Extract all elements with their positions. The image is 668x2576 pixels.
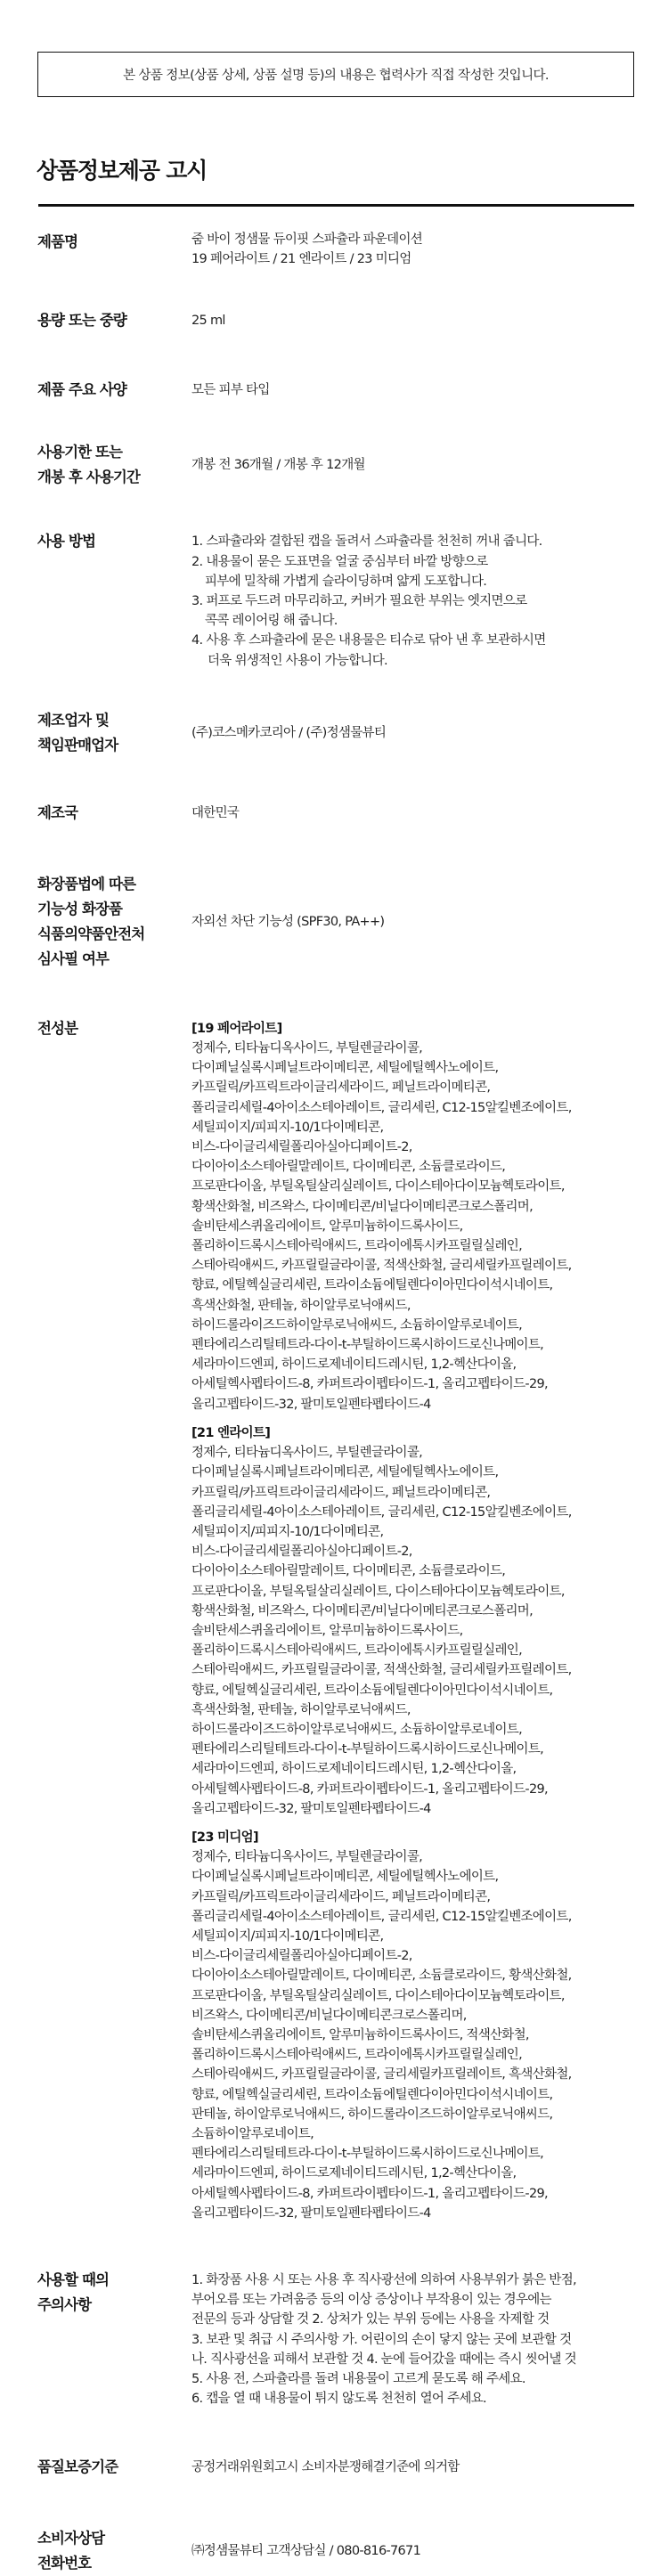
row-value: (주)코스메카코리아 / (주)정샘물뷰티 <box>191 723 634 743</box>
ingredient-line: 스테아릭애씨드, 카프릴릴글라이콜, 적색산화철, 글리세릴카프릴레이트, <box>191 1256 634 1276</box>
ingredient-line: 프로판다이올, 부틸옥틸살리실레이트, 다이스테아다이모늄헥토라이트, <box>191 1582 634 1602</box>
caution-line: 전문의 등과 상담할 것 2. 상처가 있는 부위 등에는 사용을 자제할 것 <box>191 2310 634 2329</box>
ingredient-line: 세라마이드엔피, 하이드로제네이티드레시틴, 1,2-헥산다이올, <box>191 2164 634 2183</box>
row-expiry: 사용기한 또는 개봉 후 사용기간 개봉 전 36개월 / 개봉 후 12개월 <box>37 440 634 490</box>
ingredient-line: 다이아이소스테아릴말레이트, 다이메티콘, 소듐클로라이드, <box>191 1561 634 1581</box>
ingredient-line: 폴리글리세릴-4아이소스테아레이트, 글리세린, C12-15알킬벤조에이트, <box>191 1503 634 1522</box>
ingredient-line: 정제수, 티타늄디옥사이드, 부틸렌글라이콜, <box>191 1847 634 1867</box>
usage-step: 4. 사용 후 스파츌라에 묻은 내용물은 티슈로 닦아 낸 후 보관하시면 <box>191 631 634 650</box>
row-label: 제조업자 및 책임판매업자 <box>37 708 191 758</box>
ingredient-line: 세라마이드엔피, 하이드로제네이티드레시틴, 1,2-헥산다이올, <box>191 1759 634 1779</box>
ingredient-line: 올리고펩타이드-32, 팔미토일펜타펩타이드-4 <box>191 1799 634 1819</box>
partner-notice-text: 본 상품 정보(상품 상세, 상품 설명 등)의 내용은 협력사가 직접 작성한… <box>123 65 549 84</box>
ingredient-line: 소듐하이알루로네이트, <box>191 2124 634 2144</box>
ingredient-line: 스테아릭애씨드, 카프릴릴글라이콜, 글리세릴카프릴레이트, 흑색산화철, <box>191 2065 634 2084</box>
ingredient-line: 세틸피이지/피피지-10/1다이메티콘, <box>191 1118 634 1137</box>
caution-line: 5. 사용 전, 스파츌라를 돌려 내용물이 고르게 묻도록 해 주세요. <box>191 2369 634 2389</box>
ingredient-line: 정제수, 티타늄디옥사이드, 부틸렌글라이콜, <box>191 1443 634 1463</box>
row-value: ㈜정샘물뷰티 고객상담실 / 080-816-7671 <box>191 2541 634 2561</box>
page-title: 상품정보제공 고시 <box>37 153 207 185</box>
shade-heading: [23 미디엄] <box>191 1828 634 1847</box>
usage-step-cont: 피부에 밀착해 가볍게 슬라이딩하며 얇게 도포합니다. <box>191 572 634 591</box>
row-label: 제품명 <box>37 230 191 255</box>
row-usage: 사용 방법 1. 스파츌라와 결합된 캡을 돌려서 스파츌라를 천천히 꺼내 줍… <box>37 529 634 670</box>
ingredients-shade-23: [23 미디엄]정제수, 티타늄디옥사이드, 부틸렌글라이콜,다이페닐실록시페닐… <box>191 1828 634 2223</box>
product-name-line: 줌 바이 정샘물 듀이핏 스파츌라 파운데이션 <box>191 230 634 249</box>
ingredient-line: 향료, 에틸헥실글리세린, 트라이소듐에틸렌다이아민다이석시네이트, <box>191 2085 634 2105</box>
ingredients-shade-21: [21 엔라이트]정제수, 티타늄디옥사이드, 부틸렌글라이콜,다이페닐실록시페… <box>191 1423 634 1819</box>
ingredient-line: 프로판다이올, 부틸옥틸살리실레이트, 다이스테아다이모늄헥토라이트, <box>191 1177 634 1196</box>
ingredient-line: 올리고펩타이드-32, 팔미토일펜타펩타이드-4 <box>191 1395 634 1414</box>
row-value: 대한민국 <box>191 801 634 826</box>
ingredient-line: 올리고펩타이드-32, 팔미토일펜타펩타이드-4 <box>191 2204 634 2223</box>
ingredient-line: 비스-다이글리세릴폴리아실아디페이트-2, <box>191 1946 634 1966</box>
customer-phone: ㈜정샘물뷰티 고객상담실 / 080-816-7671 <box>191 2541 634 2561</box>
ingredient-line: 폴리하이드록시스테아릭애씨드, 트라이에톡시카프릴릴실레인, <box>191 1236 634 1256</box>
ingredient-line: 세라마이드엔피, 하이드로제네이티드레시틴, 1,2-헥산다이올, <box>191 1355 634 1374</box>
product-shades-line: 19 페어라이트 / 21 엔라이트 / 23 미디엄 <box>191 249 634 269</box>
ingredient-line: 카프릴릭/카프릭트라이글리세라이드, 페닐트라이메티콘, <box>191 1483 634 1503</box>
ingredient-line: 카프릴릭/카프릭트라이글리세라이드, 페닐트라이메티콘, <box>191 1887 634 1907</box>
ingredient-line: 흑색산화철, 판테놀, 하이알루로닉애씨드, <box>191 1700 634 1720</box>
row-value: 개봉 전 36개월 / 개봉 후 12개월 <box>191 455 634 475</box>
ingredient-line: 향료, 에틸헥실글리세린, 트라이소듐에틸렌다이아민다이석시네이트, <box>191 1276 634 1295</box>
ingredient-line: 폴리글리세릴-4아이소스테아레이트, 글리세린, C12-15알킬벤조에이트, <box>191 1907 634 1927</box>
row-volume: 용량 또는 중량 25 ml <box>37 308 634 333</box>
caution-line: 3. 보관 및 취급 시 주의사항 가. 어린이의 손이 닿지 않는 곳에 보관… <box>191 2330 634 2350</box>
ingredient-line: 다이아이소스테아릴말레이트, 다이메티콘, 소듐클로라이드, <box>191 1157 634 1177</box>
usage-step-cont: 콕콕 레이어링 해 줍니다. <box>191 611 634 631</box>
usage-step: 2. 내용물이 묻은 도표면을 얼굴 중심부터 바깥 방향으로 <box>191 552 634 572</box>
usage-step: 3. 퍼프로 두드려 마무리하고, 커버가 필요한 부위는 엣지면으로 <box>191 591 634 611</box>
ingredient-line: 카프릴릭/카프릭트라이글리세라이드, 페닐트라이메티콘, <box>191 1078 634 1097</box>
row-caution: 사용할 때의 주의사항 1. 화장품 사용 시 또는 사용 후 직사광선에 의하… <box>37 2268 634 2409</box>
shade-heading: [19 페어라이트] <box>191 1019 634 1039</box>
ingredients-shade-19: [19 페어라이트]정제수, 티타늄디옥사이드, 부틸렌글라이콜,다이페닐실록시… <box>191 1019 634 1414</box>
row-value: 자외선 차단 기능성 (SPF30, PA++) <box>191 912 634 932</box>
row-label: 소비자상담 전화번호 <box>37 2526 191 2576</box>
caution-line: 부어오름 또는 가려움증 등의 이상 증상이나 부작용이 있는 경우에는 <box>191 2290 634 2310</box>
shade-heading: [21 엔라이트] <box>191 1423 634 1443</box>
ingredient-line: 비스-다이글리세릴폴리아실아디페이트-2, <box>191 1137 634 1157</box>
product-info-table: 제품명 줌 바이 정샘물 듀이핏 스파츌라 파운데이션 19 페어라이트 / 2… <box>37 230 634 2576</box>
ingredient-line: 비즈왁스, 다이메티콘/비닐다이메티콘크로스폴리머, <box>191 2006 634 2026</box>
ingredient-line: 판테놀, 하이알루로닉애씨드, 하이드롤라이즈드하이알루로닉애씨드, <box>191 2105 634 2124</box>
usage-step: 1. 스파츌라와 결합된 캡을 돌려서 스파츌라를 천천히 꺼내 줍니다. <box>191 532 634 551</box>
row-country: 제조국 대한민국 <box>37 801 634 826</box>
ingredient-line: 펜타에리스리틸테트라-다이-t-부틸하이드록시하이드로신나메이트, <box>191 2144 634 2164</box>
ingredient-line: 아세틸헥사펩타이드-8, 카퍼트라이펩타이드-1, 올리고펩타이드-29, <box>191 1780 634 1799</box>
ingredient-line: 솔비탄세스퀴올리에이트, 알루미늄하이드록사이드, <box>191 1621 634 1641</box>
row-value: 줌 바이 정샘물 듀이핏 스파츌라 파운데이션 19 페어라이트 / 21 엔라… <box>191 230 634 269</box>
row-functional-cosmetic: 화장품법에 따른 기능성 화장품 식품의약품안전처 심사필 여부 자외선 차단 … <box>37 872 634 972</box>
row-label: 용량 또는 중량 <box>37 308 191 333</box>
partner-notice-banner: 본 상품 정보(상품 상세, 상품 설명 등)의 내용은 협력사가 직접 작성한… <box>37 52 634 97</box>
row-value: [19 페어라이트]정제수, 티타늄디옥사이드, 부틸렌글라이콜,다이페닐실록시… <box>191 1016 634 2223</box>
ingredient-line: 세틸피이지/피피지-10/1다이메티콘, <box>191 1522 634 1542</box>
caution-line: 6. 캡을 열 때 내용물이 튀지 않도록 천천히 열어 주세요. <box>191 2389 634 2409</box>
row-value: 공정거래위원회고시 소비자분쟁해결기준에 의거함 <box>191 2455 634 2480</box>
ingredient-line: 폴리하이드록시스테아릭애씨드, 트라이에톡시카프릴릴실레인, <box>191 2045 634 2065</box>
ingredient-line: 스테아릭애씨드, 카프릴릴글라이콜, 적색산화철, 글리세릴카프릴레이트, <box>191 1660 634 1680</box>
ingredient-line: 황색산화철, 비즈왁스, 다이메티콘/비닐다이메티콘크로스폴리머, <box>191 1602 634 1621</box>
ingredient-line: 솔비탄세스퀴올리에이트, 알루미늄하이드록사이드, <box>191 1217 634 1236</box>
ingredient-line: 다이페닐실록시페닐트라이메티콘, 세틸에틸헥사노에이트, <box>191 1058 634 1078</box>
ingredient-line: 향료, 에틸헥실글리세린, 트라이소듐에틸렌다이아민다이석시네이트, <box>191 1681 634 1700</box>
ingredient-line: 흑색산화철, 판테놀, 하이알루로닉애씨드, <box>191 1296 634 1316</box>
row-value: 모든 피부 타입 <box>191 378 634 403</box>
row-manufacturer: 제조업자 및 책임판매업자 (주)코스메카코리아 / (주)정샘물뷰티 <box>37 708 634 758</box>
row-label: 화장품법에 따른 기능성 화장품 식품의약품안전처 심사필 여부 <box>37 872 191 972</box>
row-label: 품질보증기준 <box>37 2455 191 2480</box>
ingredient-line: 펜타에리스리틸테트라-다이-t-부틸하이드록시하이드로신나메이트, <box>191 1335 634 1355</box>
ingredient-line: 폴리하이드록시스테아릭애씨드, 트라이에톡시카프릴릴실레인, <box>191 1641 634 1660</box>
ingredient-line: 하이드롤라이즈드하이알루로닉애씨드, 소듐하이알루로네이트, <box>191 1720 634 1740</box>
ingredient-line: 솔비탄세스퀴올리에이트, 알루미늄하이드록사이드, 적색산화철, <box>191 2026 634 2045</box>
row-ingredients: 전성분 [19 페어라이트]정제수, 티타늄디옥사이드, 부틸렌글라이콜,다이페… <box>37 1016 634 2223</box>
row-quality-standard: 품질보증기준 공정거래위원회고시 소비자분쟁해결기준에 의거함 <box>37 2455 634 2480</box>
row-value: 25 ml <box>191 308 634 333</box>
ingredient-line: 세틸피이지/피피지-10/1다이메티콘, <box>191 1927 634 1946</box>
ingredient-line: 아세틸헥사펩타이드-8, 카퍼트라이펩타이드-1, 올리고펩타이드-29, <box>191 1374 634 1394</box>
ingredient-line: 다이페닐실록시페닐트라이메티콘, 세틸에틸헥사노에이트, <box>191 1867 634 1887</box>
row-label: 사용 방법 <box>37 529 191 554</box>
ingredient-line: 비스-다이글리세릴폴리아실아디페이트-2, <box>191 1542 634 1561</box>
usage-step-cont: 더욱 위생적인 사용이 가능합니다. <box>191 651 634 671</box>
ingredient-line: 정제수, 티타늄디옥사이드, 부틸렌글라이콜, <box>191 1039 634 1058</box>
caution-line: 나. 직사광선을 피해서 보관할 것 4. 눈에 들어갔을 때에는 즉시 씻어낼… <box>191 2350 634 2369</box>
caution-line: 1. 화장품 사용 시 또는 사용 후 직사광선에 의하여 사용부위가 붉은 반… <box>191 2270 634 2290</box>
row-value: 1. 스파츌라와 결합된 캡을 돌려서 스파츌라를 천천히 꺼내 줍니다. 2.… <box>191 529 634 670</box>
title-divider <box>38 204 634 207</box>
ingredient-line: 하이드롤라이즈드하이알루로닉애씨드, 소듐하이알루로네이트, <box>191 1316 634 1335</box>
row-label: 제품 주요 사양 <box>37 378 191 403</box>
row-value: 1. 화장품 사용 시 또는 사용 후 직사광선에 의하여 사용부위가 붉은 반… <box>191 2268 634 2409</box>
row-label: 사용할 때의 주의사항 <box>37 2268 191 2318</box>
row-product-name: 제품명 줌 바이 정샘물 듀이핏 스파츌라 파운데이션 19 페어라이트 / 2… <box>37 230 634 269</box>
row-label: 사용기한 또는 개봉 후 사용기간 <box>37 440 191 490</box>
ingredient-line: 폴리글리세릴-4아이소스테아레이트, 글리세린, C12-15알킬벤조에이트, <box>191 1098 634 1118</box>
ingredient-line: 펜타에리스리틸테트라-다이-t-부틸하이드록시하이드로신나메이트, <box>191 1740 634 1759</box>
ingredient-line: 프로판다이올, 부틸옥틸살리실레이트, 다이스테아다이모늄헥토라이트, <box>191 1986 634 2006</box>
ingredient-line: 황색산화철, 비즈왁스, 다이메티콘/비닐다이메티콘크로스폴리머, <box>191 1197 634 1217</box>
ingredient-line: 아세틸헥사펩타이드-8, 카퍼트라이펩타이드-1, 올리고펩타이드-29, <box>191 2184 634 2204</box>
ingredient-line: 다이아이소스테아릴말레이트, 다이메티콘, 소듐클로라이드, 황색산화철, <box>191 1966 634 1985</box>
row-label: 전성분 <box>37 1016 191 1041</box>
row-spec: 제품 주요 사양 모든 피부 타입 <box>37 378 634 403</box>
row-label: 제조국 <box>37 801 191 826</box>
row-customer-contact: 소비자상담 전화번호 ㈜정샘물뷰티 고객상담실 / 080-816-7671 <box>37 2526 634 2576</box>
ingredient-line: 다이페닐실록시페닐트라이메티콘, 세틸에틸헥사노에이트, <box>191 1463 634 1482</box>
